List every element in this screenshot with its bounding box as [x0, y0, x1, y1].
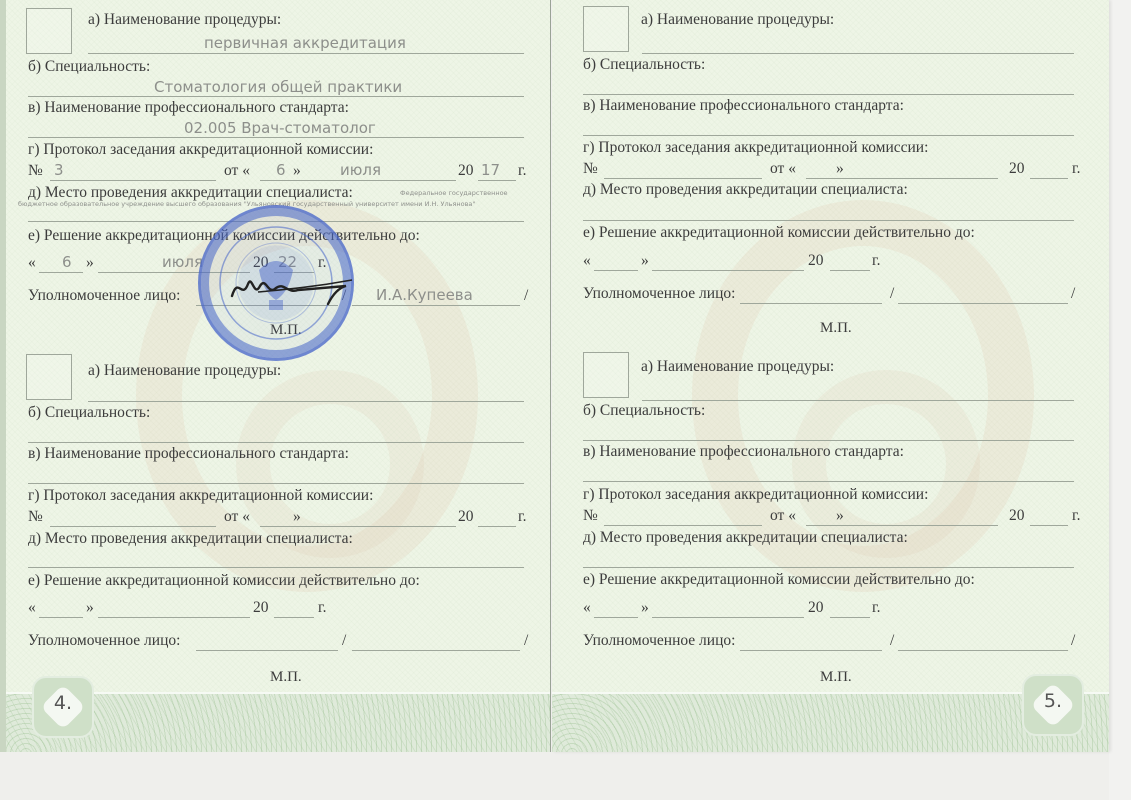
protocol-date-open: от « [224, 508, 250, 526]
valid-day-value: 6 [62, 253, 72, 271]
valid-year-prefix: 20 [253, 599, 269, 617]
page-4: а) Наименование процедуры: первичная акк… [0, 0, 551, 752]
valid-year-suffix: г. [872, 252, 880, 270]
label-procedure: а) Наименование процедуры: [88, 362, 281, 380]
label-procedure: а) Наименование процедуры: [641, 358, 834, 376]
label-procedure: а) Наименование процедуры: [88, 11, 281, 29]
valid-close-quote: » [86, 254, 94, 272]
protocol-year-suffix: г. [1072, 507, 1080, 525]
label-protocol: г) Протокол заседания аккредитационной к… [583, 486, 928, 504]
page-number: 4. [34, 692, 92, 714]
protocol-date-close: » [293, 508, 301, 526]
authorized-slash-2: / [524, 287, 528, 305]
valid-close-quote: » [641, 599, 649, 617]
valid-year-suffix: г. [872, 599, 880, 617]
stamp-place-label: М.П. [270, 669, 302, 686]
label-specialty: б) Специальность: [28, 58, 150, 76]
label-specialty: б) Специальность: [28, 404, 150, 422]
page-number-badge: 4. [32, 676, 94, 738]
scan-margin [1109, 0, 1131, 800]
protocol-date-open: от « [770, 507, 796, 525]
authorized-slash-2: / [1071, 632, 1075, 650]
label-protocol: г) Протокол заседания аккредитационной к… [28, 487, 373, 505]
protocol-year-prefix: 20 [458, 508, 474, 526]
entry-checkbox[interactable] [26, 354, 72, 400]
label-place: д) Место проведения аккредитации специал… [583, 181, 908, 199]
standard-value: 02.005 Врач-стоматолог [184, 119, 376, 137]
label-standard: в) Наименование профессионального станда… [28, 445, 349, 463]
signature-icon [228, 266, 358, 306]
label-specialty: б) Специальность: [583, 402, 705, 420]
protocol-number-value: 3 [54, 161, 64, 179]
valid-year-suffix: г. [318, 599, 326, 617]
label-valid-until: е) Решение аккредитационной комиссии дей… [583, 571, 975, 589]
label-procedure: а) Наименование процедуры: [641, 11, 834, 29]
label-authorized: Уполномоченное лицо: [583, 632, 735, 650]
valid-open-quote: « [583, 599, 591, 617]
label-place: д) Место проведения аккредитации специал… [583, 529, 908, 547]
label-authorized: Уполномоченное лицо: [28, 632, 180, 650]
procedure-value: первичная аккредитация [204, 34, 406, 52]
label-standard: в) Наименование профессионального станда… [28, 99, 349, 117]
valid-close-quote: » [86, 599, 94, 617]
authorized-slash-2: / [1071, 285, 1075, 303]
protocol-number-sign: № [28, 508, 43, 526]
protocol-year-suffix: г. [518, 508, 526, 526]
valid-open-quote: « [583, 252, 591, 270]
label-standard: в) Наименование профессионального станда… [583, 97, 904, 115]
valid-open-quote: « [28, 599, 36, 617]
protocol-date-open: от « [224, 162, 250, 180]
protocol-year-prefix: 20 [1009, 160, 1025, 178]
protocol-month-value: июля [340, 161, 381, 179]
authorized-slash-1: / [890, 285, 894, 303]
authorized-slash-1: / [342, 632, 346, 650]
specialty-value: Стоматология общей практики [154, 78, 402, 96]
label-valid-until: е) Решение аккредитационной комиссии дей… [583, 224, 975, 242]
label-authorized: Уполномоченное лицо: [28, 287, 180, 305]
authorized-slash-1: / [890, 632, 894, 650]
page-5: а) Наименование процедуры: б) Специально… [552, 0, 1109, 752]
protocol-number-sign: № [28, 162, 43, 180]
protocol-day-value: 6 [276, 161, 286, 179]
protocol-date-open: от « [770, 160, 796, 178]
valid-month-value: июля [162, 253, 203, 271]
place-value-line2: бюджетное образовательное учреждение выс… [18, 200, 475, 208]
label-specialty: б) Специальность: [583, 56, 705, 74]
valid-open-quote: « [28, 254, 36, 272]
protocol-year-suffix: г. [1072, 160, 1080, 178]
protocol-number-sign: № [583, 507, 598, 525]
protocol-year-prefix: 20 [1009, 507, 1025, 525]
protocol-date-close: » [836, 160, 844, 178]
label-standard: в) Наименование профессионального станда… [583, 443, 904, 461]
stamp-place-label: М.П. [820, 669, 852, 686]
valid-year-prefix: 20 [808, 599, 824, 617]
protocol-date-close: » [836, 507, 844, 525]
label-place: д) Место проведения аккредитации специал… [28, 530, 353, 548]
page-number: 5. [1024, 690, 1082, 712]
authorized-slash-2: / [524, 632, 528, 650]
protocol-year-value: 17 [481, 161, 500, 179]
entry-checkbox[interactable] [26, 8, 72, 54]
stamp-place-label: М.П. [820, 320, 852, 337]
label-authorized: Уполномоченное лицо: [583, 285, 735, 303]
protocol-number-sign: № [583, 160, 598, 178]
label-protocol: г) Протокол заседания аккредитационной к… [28, 141, 373, 159]
protocol-year-prefix: 20 [458, 162, 474, 180]
page-number-badge: 5. [1022, 674, 1084, 736]
valid-close-quote: » [641, 252, 649, 270]
label-protocol: г) Протокол заседания аккредитационной к… [583, 139, 928, 157]
label-valid-until: е) Решение аккредитационной комиссии дей… [28, 572, 420, 590]
entry-checkbox[interactable] [583, 352, 629, 398]
place-value-line1: Федеральное государственное [400, 189, 508, 197]
entry-checkbox[interactable] [583, 6, 629, 52]
protocol-date-close: » [293, 162, 301, 180]
authorized-name-value: И.А.Купеева [376, 286, 473, 304]
valid-year-prefix: 20 [808, 252, 824, 270]
protocol-year-suffix: г. [518, 162, 526, 180]
